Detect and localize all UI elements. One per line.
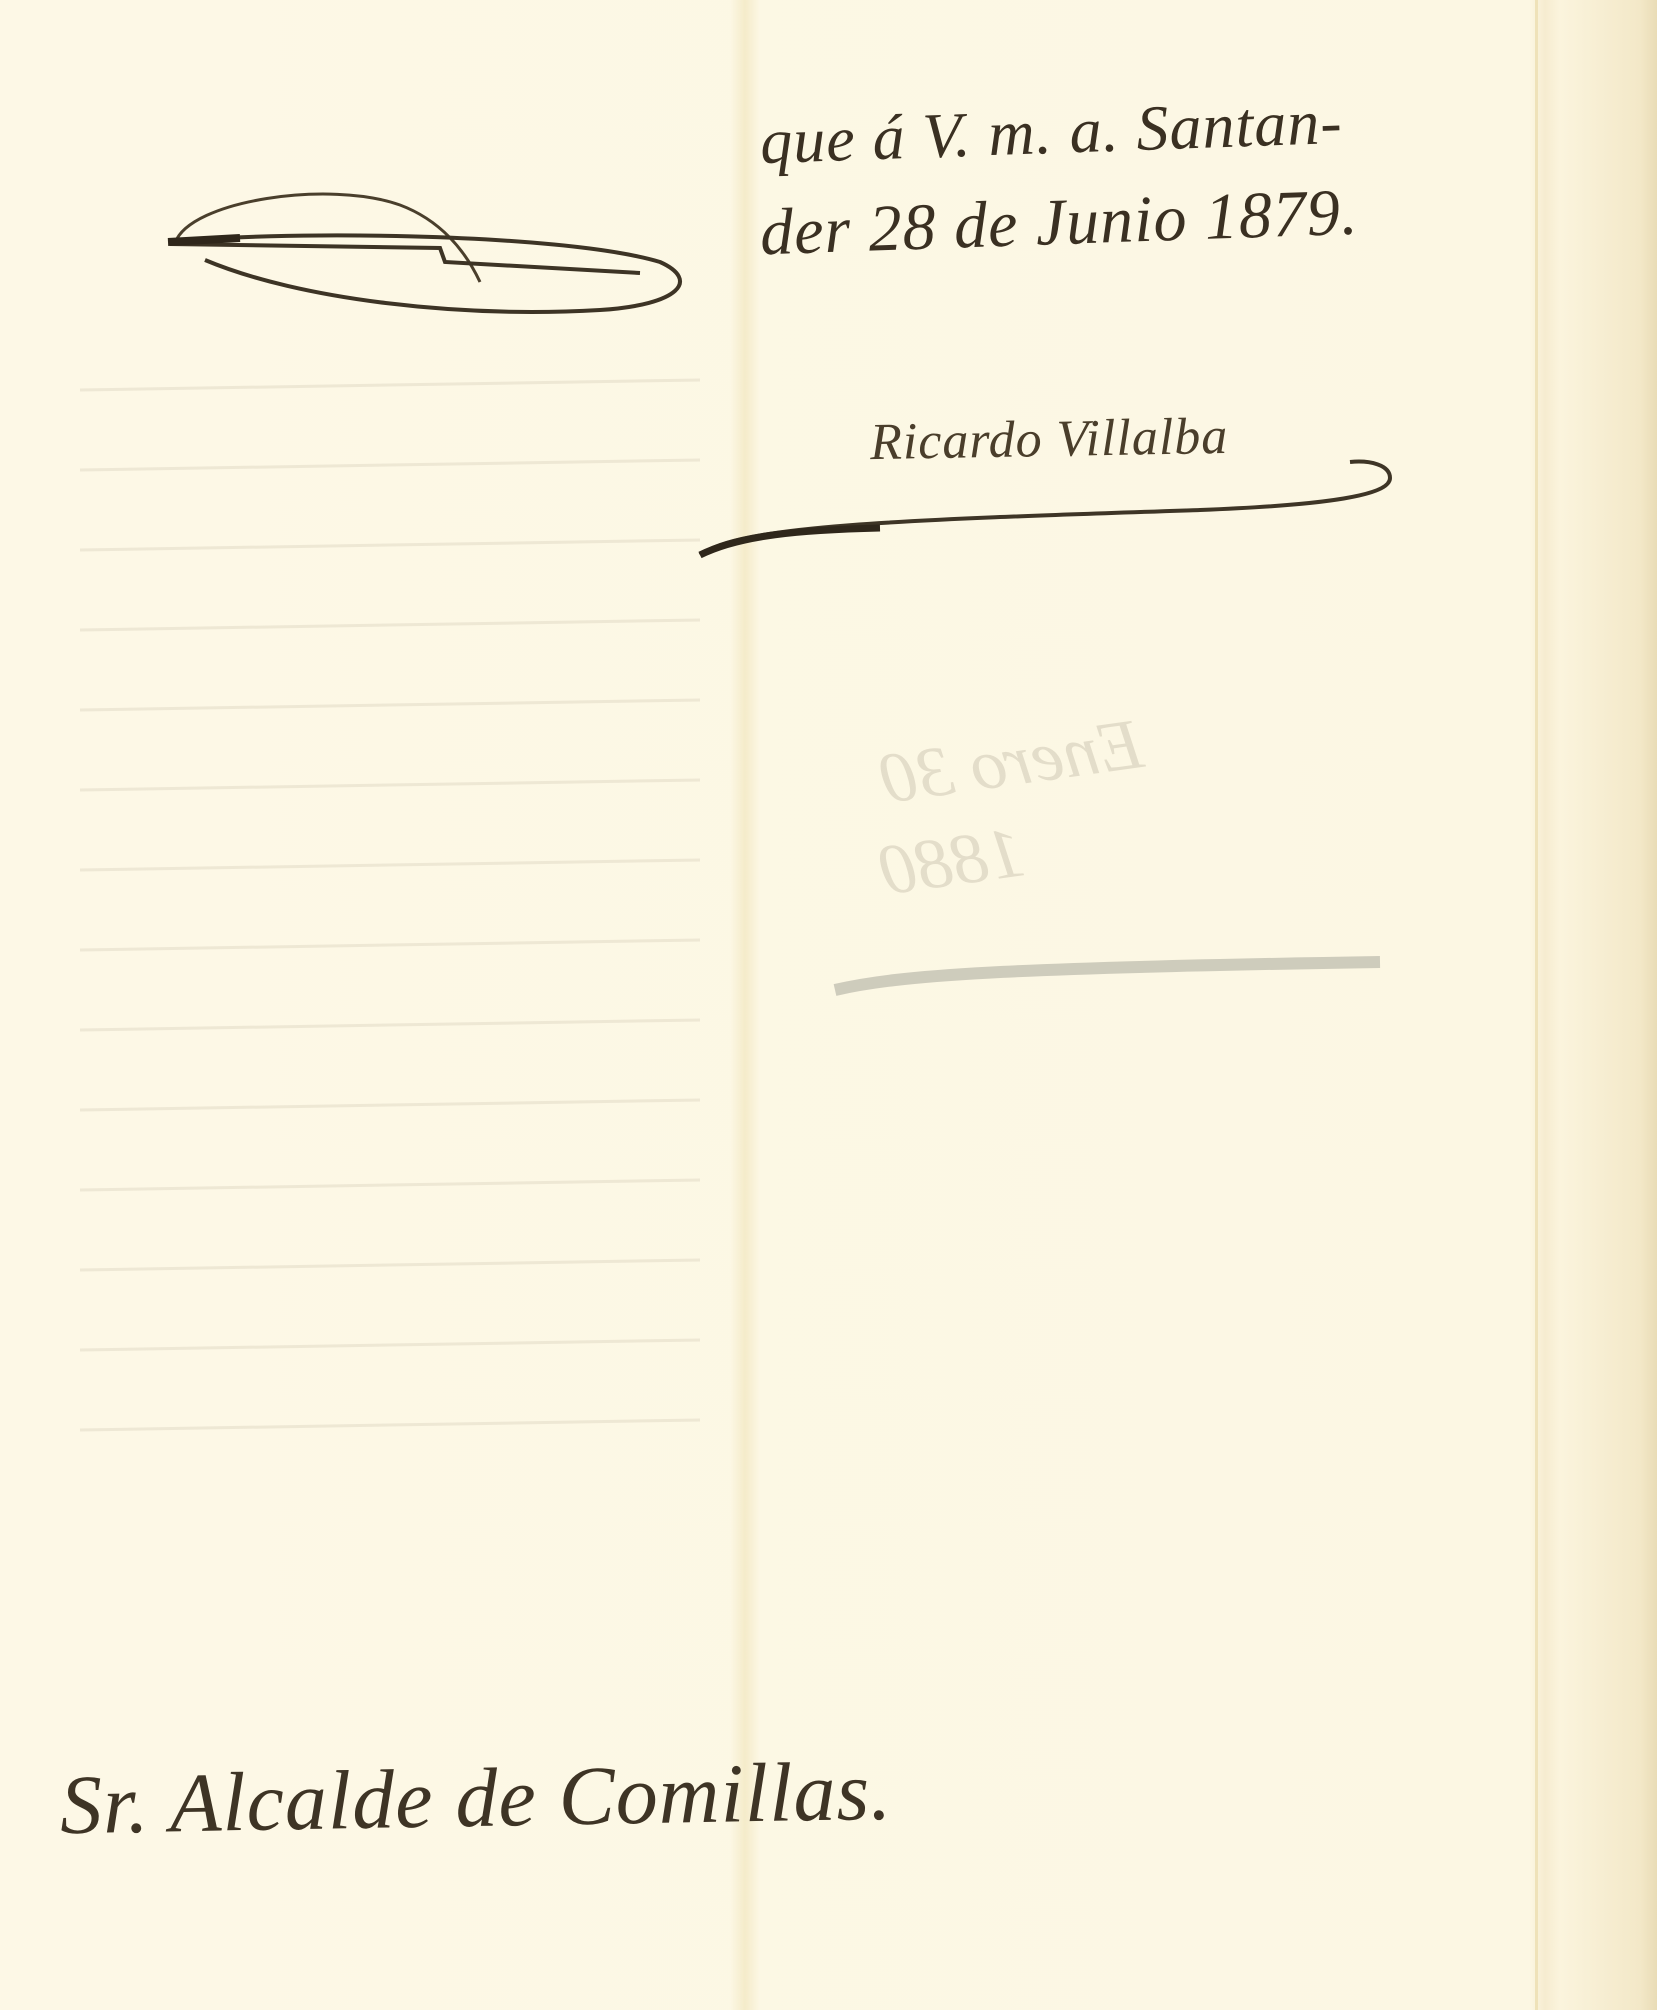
document-page: que á V. m. a. Santan- der 28 de Junio 1… [0,0,1657,2010]
addressee: Sr. Alcalde de Comillas. [59,1743,893,1855]
bleed-through-stroke [0,0,1657,2010]
